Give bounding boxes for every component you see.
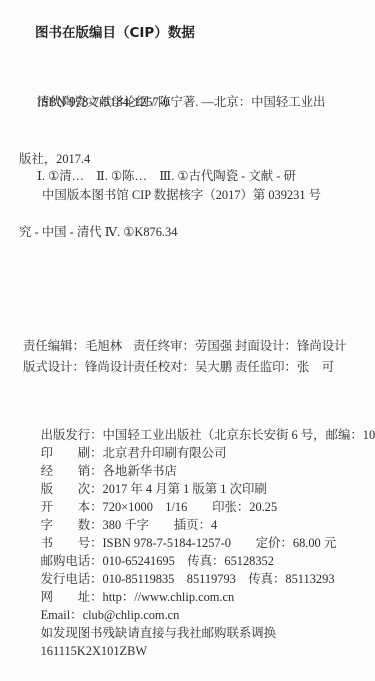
- isbn-line: ISBN 978-7-5184-1257-0: [37, 95, 170, 110]
- cip-classification: Ⅰ. ①清… Ⅱ. ①陈… Ⅲ. ①古代陶瓷 - 文献 - 研 究 - 中国 -…: [19, 130, 296, 278]
- colophon-label: 印 刷：: [41, 446, 103, 460]
- credit-print-supervisor: 责任监印：张 可: [235, 357, 347, 378]
- colophon: 出版发行：中国轻工业出版社（北京东长安街 6 号，邮编：100740） 印 刷：…: [22, 408, 375, 642]
- colophon-value: 北京君升印刷有限公司: [103, 446, 227, 460]
- cip-record-number: 中国版本图书馆 CIP 数据核字（2017）第 039231 号: [42, 185, 321, 203]
- colophon-value: ISBN 978-7-5184-1257-0 定价：68.00 元: [103, 536, 337, 550]
- website-url: http：//www.chlip.com.cn: [103, 590, 235, 604]
- colophon-label: 出版发行：: [41, 428, 103, 442]
- book-copyright-page: 图书在版编目（CIP）数据 清代陶瓷文献学论纲 / 陈宁著. —北京：中国轻工业…: [0, 0, 375, 681]
- colophon-label: 开 本：: [41, 500, 103, 514]
- print-code: 161115K2X101ZBW: [41, 644, 147, 658]
- colophon-value: 2017 年 4 月第 1 版第 1 次印刷: [103, 482, 267, 496]
- colophon-label: 经 销：: [41, 464, 103, 478]
- cip-heading: 图书在版编目（CIP）数据: [35, 21, 195, 41]
- colophon-label: Email：: [41, 608, 83, 622]
- credit-cover-design: 封面设计：锋尚设计: [235, 336, 347, 357]
- colophon-label: 网 址：: [41, 590, 103, 604]
- colophon-value: 380 千字 插页：4: [103, 518, 218, 532]
- colophon-value: 010-65241695 传真：65128352: [103, 554, 274, 568]
- credit-final-reviewer: 责任终审：劳国强: [133, 336, 235, 357]
- colophon-line-publisher: 出版发行：中国轻工业出版社（北京东长安街 6 号，邮编：100740）: [22, 408, 375, 426]
- defect-notice-text: 如发现图书残缺请直接与我社邮购联系调换: [41, 626, 276, 640]
- colophon-label: 版 次：: [41, 482, 103, 496]
- email-address: club@chlip.com.cn: [83, 608, 180, 622]
- colophon-value: 中国轻工业出版社（北京东长安街 6 号，邮编：100740）: [103, 428, 375, 442]
- colophon-label: 字 数：: [41, 518, 103, 532]
- colophon-value: 010-85119835 85119793 传真：85113293: [103, 572, 335, 586]
- cip-classification-line-1: Ⅰ. ①清… Ⅱ. ①陈… Ⅲ. ①古代陶瓷 - 文献 - 研: [37, 167, 296, 186]
- colophon-label: 发行电话：: [41, 572, 103, 586]
- editor-credits: 责任编辑：毛旭林 责任终审：劳国强 封面设计：锋尚设计 版式设计：锋尚设计 责任…: [23, 336, 347, 377]
- credit-proofreader: 责任校对：吴大鹏: [133, 357, 235, 378]
- cip-classification-line-2: 究 - 中国 - 清代 Ⅳ. ①K876.34: [19, 223, 296, 242]
- colophon-label: 书 号：: [41, 536, 103, 550]
- colophon-value: 720×1000 1/16 印张：20.25: [103, 500, 278, 514]
- colophon-label: 邮购电话：: [41, 554, 103, 568]
- credit-layout-design: 版式设计：锋尚设计: [23, 357, 133, 378]
- colophon-value: 各地新华书店: [103, 464, 177, 478]
- credit-editor: 责任编辑：毛旭林: [23, 336, 133, 357]
